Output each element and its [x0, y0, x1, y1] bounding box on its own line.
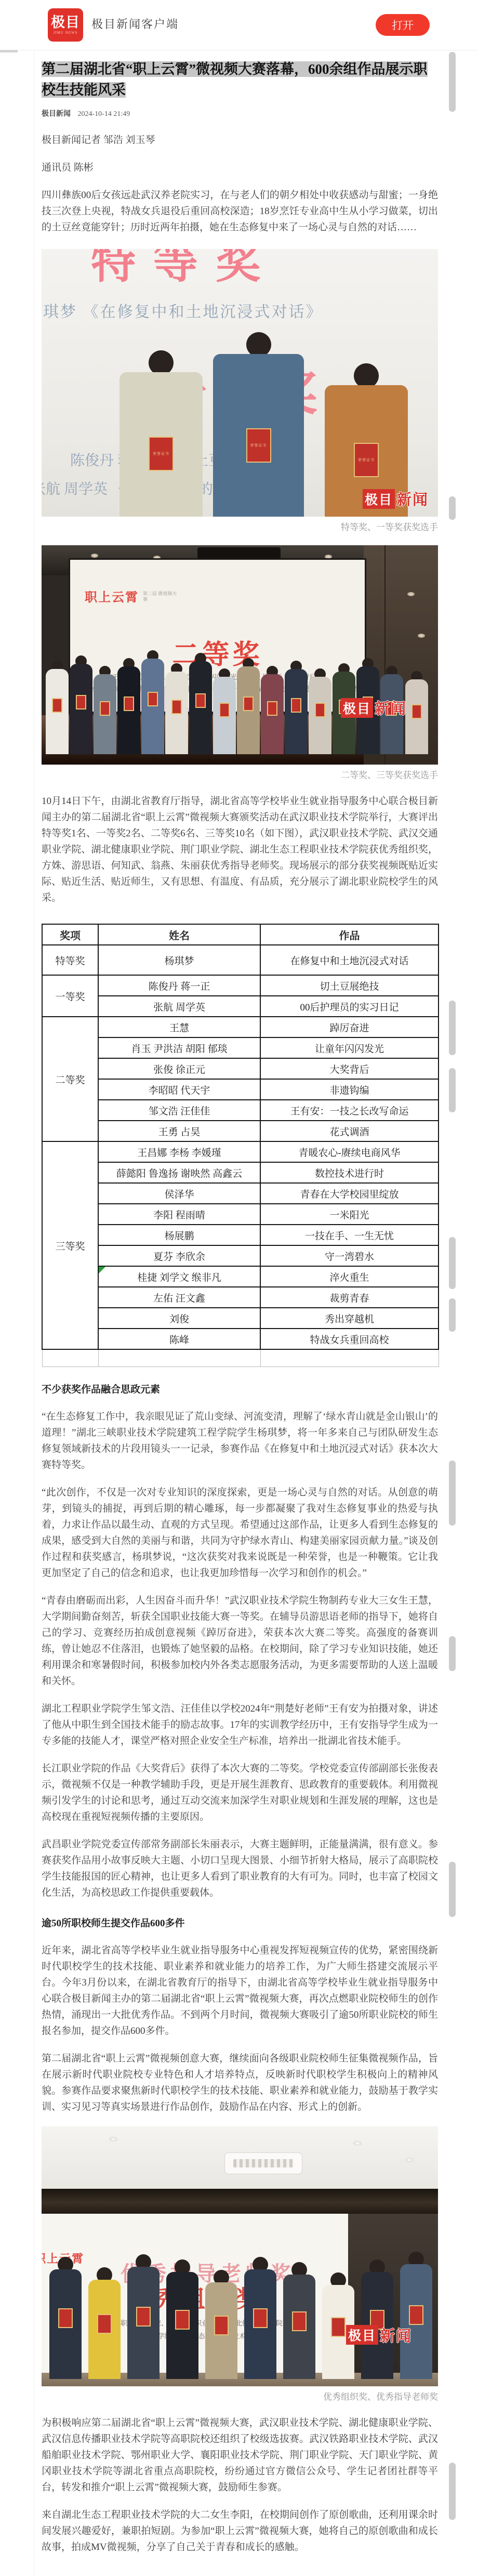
certificate-book: [253, 2308, 268, 2328]
table-row: 三等奖王昌娜 李杨 李媛瑾青暖农心-赓续电商风华: [42, 1141, 439, 1162]
wall-light-icon: [418, 634, 425, 638]
person-figure: [213, 668, 236, 754]
col-header-work: 作品: [260, 924, 439, 945]
person-figure: [127, 2254, 160, 2379]
names-cell: 李昭昭 代天宇: [98, 1079, 260, 1100]
table-row: 王勇 占昊花式调酒: [42, 1121, 439, 1141]
work-cell: 特战女兵重回高校: [260, 1329, 439, 1349]
empty-cell: [260, 1349, 439, 1366]
names-cell: 王昌娜 李杨 李媛瑾: [98, 1141, 260, 1162]
certificate-book: [76, 695, 86, 709]
jimu-watermark: 极目 新闻: [341, 697, 407, 718]
work-cell: 00后护理员的实习日记: [260, 996, 439, 1017]
names-cell: 薛懿阳 鲁逸扬 谢映然 高鑫云: [98, 1162, 260, 1183]
certificate-book: 荣誉证书: [149, 437, 174, 471]
certificate-book: [315, 703, 325, 717]
watermark-box: 极目: [346, 2325, 378, 2345]
certificate-book: [409, 2305, 423, 2325]
person-figure: [237, 658, 260, 754]
paragraph: “青春由磨砺而出彩，人生因奋斗而升华！”武汉职业技术学院生物制药专业大三女生王慧…: [42, 1593, 438, 1689]
person-figure: [88, 2267, 121, 2379]
work-cell: 王有安：一技之长改写命运: [260, 1100, 439, 1121]
intro-paragraph: 四川彝族00后女孩远赴武汉养老院实习，在与老人们的朝夕相处中收获感动与甜蜜；一身…: [42, 187, 438, 235]
photo3-beam: [42, 2189, 438, 2214]
certificate-book: [97, 2314, 112, 2334]
certificate-book: [219, 703, 230, 717]
watermark-box: 极目: [341, 698, 373, 718]
app-header: 极目 JIMU NEWS 极目新闻客户端 打开: [0, 0, 478, 50]
work-cell: 淬火重生: [260, 1266, 439, 1287]
person-figure: [405, 671, 428, 754]
col-header-names: 姓名: [98, 924, 260, 945]
watermark-outline: 新闻: [375, 697, 407, 718]
photo-grand-prize-winners: 特等奖 杨琪梦 《在修复中和土地沉浸式对话》 一等奖 陈俊丹 蒋一正 《切土豆展…: [42, 249, 438, 517]
work-cell: 裁剪青春: [260, 1287, 439, 1308]
scrollbar-thumb-segment[interactable]: [449, 1862, 456, 1917]
work-cell: 青春在大学校园里绽放: [260, 1183, 439, 1204]
person-head: [149, 350, 174, 375]
certificate-book: [148, 692, 158, 706]
names-cell: 杨琪梦: [98, 945, 260, 975]
person-figure: [141, 650, 164, 754]
person-figure: 荣誉证书: [213, 332, 304, 517]
certificate-book: [100, 701, 110, 716]
ceiling-light-icon: [353, 2141, 362, 2146]
photo-organization-award: 职上云霄 优秀组织奖 武汉职业技术学院、武汉交通职业学院、湖北健康职业学院 荆门…: [42, 2126, 438, 2386]
names-cell: 夏芬 李欣余: [98, 1245, 260, 1266]
open-app-button[interactable]: 打开: [376, 14, 430, 36]
paragraph: “在生态修复工作中，我亲眼见证了荒山变绿、河流变清，理解了‘绿水青山就是金山银山…: [42, 1409, 438, 1473]
scrollbar-thumb-segment[interactable]: [449, 1461, 456, 1526]
person-figure: [166, 2259, 198, 2379]
names-cell: 侯泽华: [98, 1183, 260, 1204]
table-row: 肖玉 尹洪洁 胡阳 郁琰让童年闪闪发光: [42, 1037, 439, 1058]
contest-logo: 职上云霄: [85, 587, 139, 605]
paragraph: “此次创作，不仅是一次对专业知识的深度探索，更是一场心灵与自然的对话。从创意的萌…: [42, 1484, 438, 1581]
paragraph: 第二届湖北省“职上云霄”微视频创意大赛，继续面向各级职业院校师生征集微视频作品，…: [42, 2051, 438, 2115]
work-cell: 守一湾碧水: [260, 1245, 439, 1266]
table-row: 李阳 程雨晴一米阳光: [42, 1204, 439, 1225]
names-cell: 邹文浩 汪佳佳: [98, 1100, 260, 1121]
person-figure: [261, 666, 284, 754]
photo1-caption: 特等奖、一等奖获奖选手: [42, 520, 438, 533]
ceiling-light-icon: [405, 2158, 414, 2162]
names-cell: 张航 周学英: [98, 996, 260, 1017]
title-line1: 第二届湖北省“职上云霄”微视频大赛落幕，600余组作品展示职: [42, 61, 428, 77]
table-row: 特等奖杨琪梦在修复中和土地沉浸式对话: [42, 945, 439, 975]
correspondent-line: 通讯员 陈彬: [42, 160, 438, 176]
work-cell: 大奖背后: [260, 1058, 439, 1079]
work-cell: 踔厉奋进: [260, 1017, 439, 1037]
ceiling-light-icon: [91, 554, 98, 558]
award-cell: 特等奖: [42, 945, 98, 975]
certificate-book: [331, 2317, 346, 2337]
names-cell: 陈俊丹 蒋一正: [98, 975, 260, 996]
table-row: 二等奖王慧踔厉奋进: [42, 1017, 439, 1037]
person-figure: [70, 655, 92, 754]
paragraph: 长江职业学院的作品《大奖背后》获得了本次大赛的二等奖。学校党委宣传部副部长张俊表…: [42, 1760, 438, 1825]
table-row: 张俊 徐正元大奖背后: [42, 1058, 439, 1079]
jimu-watermark: 极目 新闻: [363, 488, 429, 509]
person-figure: [361, 2259, 393, 2379]
person-figure: [309, 668, 331, 754]
ceiling-light-icon: [109, 2137, 117, 2141]
contest-logo-subtitle: 第二届 微视频大赛: [143, 591, 179, 602]
paragraph: 武昌职业学院党委宣传部常务副部长朱丽表示，大赛主题鲜明，正能量满满，很有意义。参…: [42, 1836, 438, 1901]
empty-table-row: [42, 1349, 439, 1366]
certificate-book: 荣誉证书: [354, 443, 379, 477]
photo2-caption: 二等奖、三等奖获奖选手: [42, 768, 438, 781]
certificate-book: [58, 2308, 73, 2328]
table-row: 一等奖陈俊丹 蒋一正切土豆展绝技: [42, 975, 439, 996]
names-cell: 王勇 占昊: [98, 1121, 260, 1141]
reporters-line: 极目新闻记者 邹浩 刘玉琴: [42, 132, 438, 148]
table-row: 薛懿阳 鲁逸扬 谢映然 高鑫云数控技术进行时: [42, 1162, 439, 1183]
paragraph: 来自湖北生态工程职业技术学院的大二女生李阳，在校期间创作了原创歌曲，还利用课余时…: [42, 2507, 438, 2555]
ceiling-light-icon: [325, 555, 332, 559]
award-cell: 二等奖: [42, 1017, 98, 1141]
paragraph: 近年来，湖北省高等学校毕业生就业指导服务中心重视发挥短视频宣传的优势，紧密围绕新…: [42, 1942, 438, 2039]
certificate-book: [292, 2311, 307, 2331]
table-row: 刘俊秀出穿越机: [42, 1308, 439, 1329]
work-cell: 一技在手、一生无忧: [260, 1225, 439, 1245]
names-cell: 王慧: [98, 1017, 260, 1037]
scrollbar-thumb-segment[interactable]: [449, 1068, 456, 1112]
names-cell: 肖玉 尹洪洁 胡阳 郁琰: [98, 1037, 260, 1058]
certificate-book: [195, 693, 206, 708]
names-cell: 张俊 徐正元: [98, 1058, 260, 1079]
work-cell: 数控技术进行时: [260, 1162, 439, 1183]
ceiling-light-icon: [153, 556, 161, 560]
names-cell: 桂捷 刘学文 缑非凡: [98, 1266, 260, 1287]
names-cell: 左佑 汪文鑫: [98, 1287, 260, 1308]
person-figure: [49, 2257, 82, 2379]
photo-second-third-prize-winners: 职上云霄 第二届 微视频大赛 二等奖 王慧《踔厉奋进》、郁琰《让童年闪闪发光》、…: [42, 545, 438, 765]
watermark-outline: 新闻: [380, 2324, 412, 2346]
certificate-book: [411, 704, 422, 719]
paragraph: 为积极响应第二届湖北省“职上云霄”微视频大赛，武汉职业技术学院、湖北健康职业学院…: [42, 2415, 438, 2495]
work-cell: 一米阳光: [260, 1204, 439, 1225]
photo1-winner-line: 杨琪梦 《在修复中和土地沉浸式对话》: [42, 299, 323, 322]
page: 极目 JIMU NEWS 极目新闻客户端 打开 第二届湖北省“职上云霄”微视频大…: [0, 0, 478, 2576]
certificate-book: 荣誉证书: [246, 428, 271, 463]
source-name: 极目新闻: [42, 110, 71, 118]
content-left-border: [34, 50, 34, 2576]
wall-light-icon: [407, 592, 415, 596]
empty-cell: [98, 1349, 260, 1366]
person-figure: [400, 2252, 432, 2379]
work-cell: 秀出穿越机: [260, 1308, 439, 1329]
names-cell: 陈峰: [98, 1329, 260, 1349]
names-cell: 李阳 程雨晴: [98, 1204, 260, 1225]
article-title: 第二届湖北省“职上云霄”微视频大赛落幕，600余组作品展示职校生技能风采: [42, 59, 438, 100]
work-cell: 青暖农心-赓续电商风华: [260, 1141, 439, 1162]
certificate-book: [175, 2310, 190, 2330]
jimu-news-logo-icon[interactable]: 极目 JIMU NEWS: [48, 8, 83, 42]
person-figure: [165, 663, 188, 754]
work-cell: 切土豆展绝技: [260, 975, 439, 996]
scrollbar-thumb-segment[interactable]: [449, 1001, 456, 1055]
table-row: 李昭昭 代天宇非遗钩编: [42, 1079, 439, 1100]
table-row: 侯泽华青春在大学校园里绽放: [42, 1183, 439, 1204]
table-row: 邹文浩 汪佳佳王有安：一技之长改写命运: [42, 1100, 439, 1121]
watermark-box: 极目: [363, 489, 395, 509]
section1-heading: 不少获奖作品融合思政元素: [42, 1383, 438, 1397]
table-row: 陈峰特战女兵重回高校: [42, 1329, 439, 1349]
person-figure: [117, 658, 140, 754]
publish-datetime: 2024-10-14 21:49: [78, 110, 130, 118]
names-cell: 刘俊: [98, 1308, 260, 1329]
work-cell: 非遗钩编: [260, 1079, 439, 1100]
scrollbar-thumb-segment[interactable]: [449, 496, 456, 520]
person-figure: [285, 661, 308, 754]
table-row: 左佑 汪文鑫裁剪青春: [42, 1287, 439, 1308]
person-figure: [244, 2257, 276, 2379]
certificate-book: [52, 698, 62, 713]
certificate-book: [136, 2307, 151, 2327]
table-row: 夏芬 李欣余守一湾碧水: [42, 1245, 439, 1266]
names-cell: 杨展鹏: [98, 1225, 260, 1245]
person-figure: 荣誉证书: [119, 350, 203, 517]
scrollbar-thumb-segment[interactable]: [449, 1636, 456, 1671]
section2-heading: 逾50所职校师生提交作品600多件: [42, 1916, 438, 1931]
logo-text: 极目: [51, 15, 80, 30]
award-cell: 一等奖: [42, 975, 98, 1017]
work-cell: 让童年闪闪发光: [260, 1037, 439, 1058]
event-paragraph: 10月14日下午，由湖北省教育厅指导，湖北省高等学校毕业生就业指导服务中心联合极…: [42, 793, 438, 906]
jimu-watermark: 极目 新闻: [346, 2324, 412, 2346]
certificate-book: [214, 2316, 229, 2335]
scrollbar-thumb-segment[interactable]: [449, 2463, 456, 2520]
watermark-outline: 新闻: [396, 488, 429, 509]
photo1-banner-text: 特等奖: [91, 249, 278, 291]
logo-subtext: JIMU NEWS: [54, 30, 78, 35]
person-head: [354, 363, 379, 388]
byline: 极目新闻 2024-10-14 21:49: [42, 108, 438, 119]
work-cell: 在修复中和土地沉浸式对话: [260, 945, 439, 975]
table-row: 桂捷 刘学文 缑非凡淬火重生: [42, 1266, 439, 1287]
certificate-book: [243, 696, 254, 711]
photo3-ac-vent: [224, 2152, 302, 2174]
person-figure: [46, 661, 69, 754]
awards-table: 奖项 姓名 作品 特等奖杨琪梦在修复中和土地沉浸式对话一等奖陈俊丹 蒋一正切土豆…: [42, 924, 439, 1367]
title-line2: 校生技能风采: [42, 82, 126, 98]
scrollbar-thumb-segment[interactable]: [449, 1237, 456, 1289]
col-header-award: 奖项: [42, 924, 98, 945]
scrollbar-thumb-segment[interactable]: [449, 52, 456, 112]
work-cell: 花式调酒: [260, 1121, 439, 1141]
certificate-book: [124, 696, 134, 711]
certificate-book: [267, 701, 277, 716]
table-row: 张航 周学英00后护理员的实习日记: [42, 996, 439, 1017]
table-row: 杨展鹏一技在手、一生无忧: [42, 1225, 439, 1245]
certificate-book: [171, 700, 182, 714]
paragraph: 湖北工程职业学院学生邹文浩、汪佳佳以学校2024年“荆楚好老师”王有安为拍摄对象…: [42, 1701, 438, 1749]
person-figure: [205, 2270, 237, 2379]
person-head: [246, 332, 271, 357]
person-body: [141, 659, 164, 754]
app-name: 极目新闻客户端: [91, 16, 179, 32]
table-header-row: 奖项 姓名 作品: [42, 924, 439, 945]
empty-cell: [42, 1349, 98, 1366]
stitch-artifact: [0, 50, 18, 52]
person-figure: [283, 2262, 315, 2379]
photo3-caption: 优秀组织奖、优秀指导老师奖: [42, 2389, 438, 2402]
person-figure: [94, 666, 116, 754]
award-cell: 三等奖: [42, 1141, 98, 1349]
person-figure: [189, 653, 212, 754]
scrollbar-thumb-segment[interactable]: [449, 1298, 456, 1332]
certificate-book: [291, 698, 301, 713]
